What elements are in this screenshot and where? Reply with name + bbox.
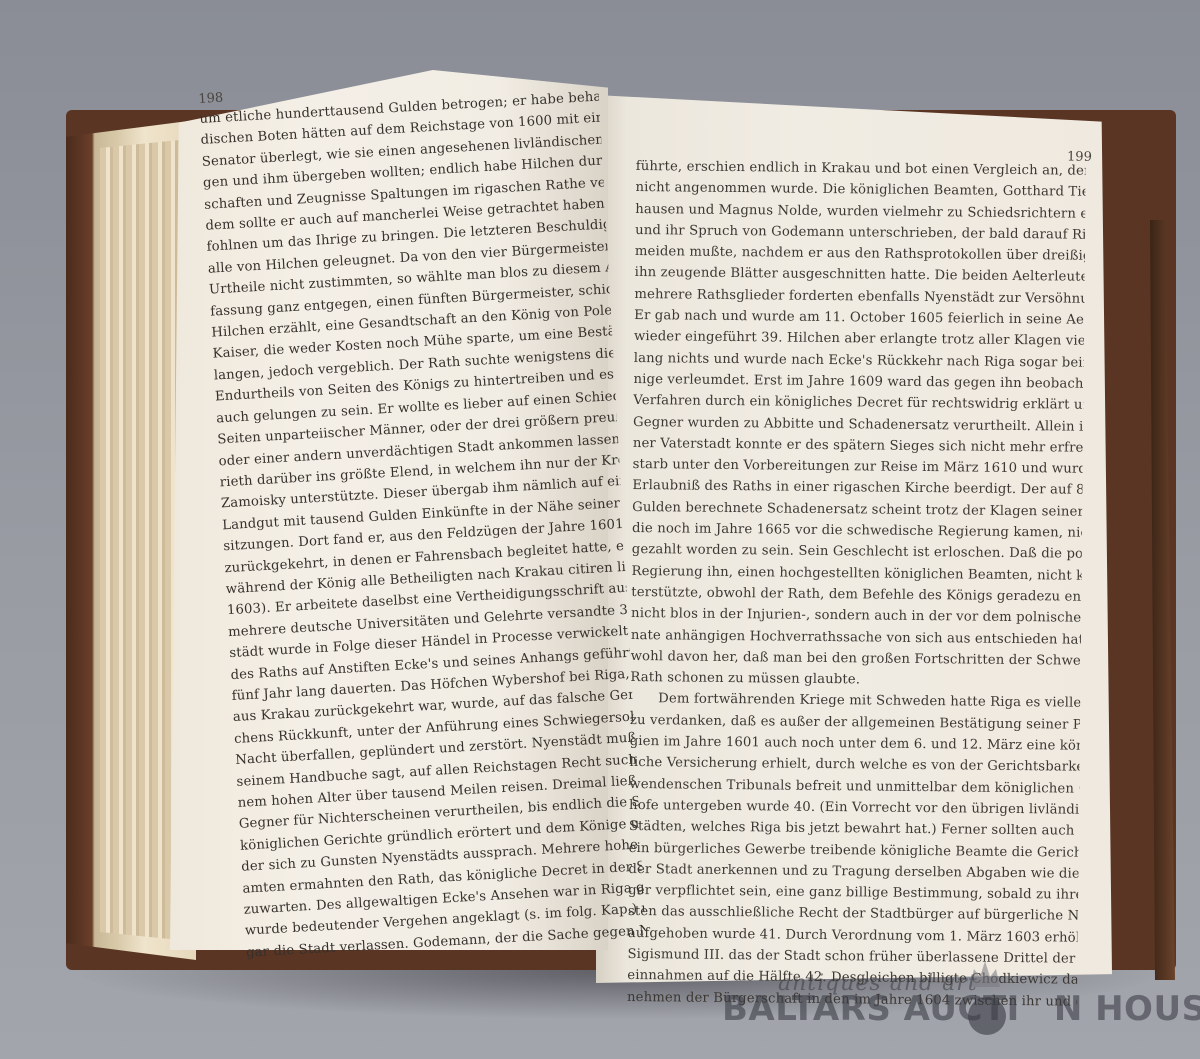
left-page-text: 198 um etliche hunderttausend Gulden bet… — [198, 70, 646, 964]
page-block-edges — [100, 140, 180, 940]
right-page-lines: führte, erschien endlich in Krakau und b… — [627, 156, 1086, 1013]
left-page-lines: um etliche hunderttausend Gulden betroge… — [199, 87, 646, 964]
right-page-text: 199 führte, erschien endlich in Krakau u… — [627, 145, 1086, 1013]
